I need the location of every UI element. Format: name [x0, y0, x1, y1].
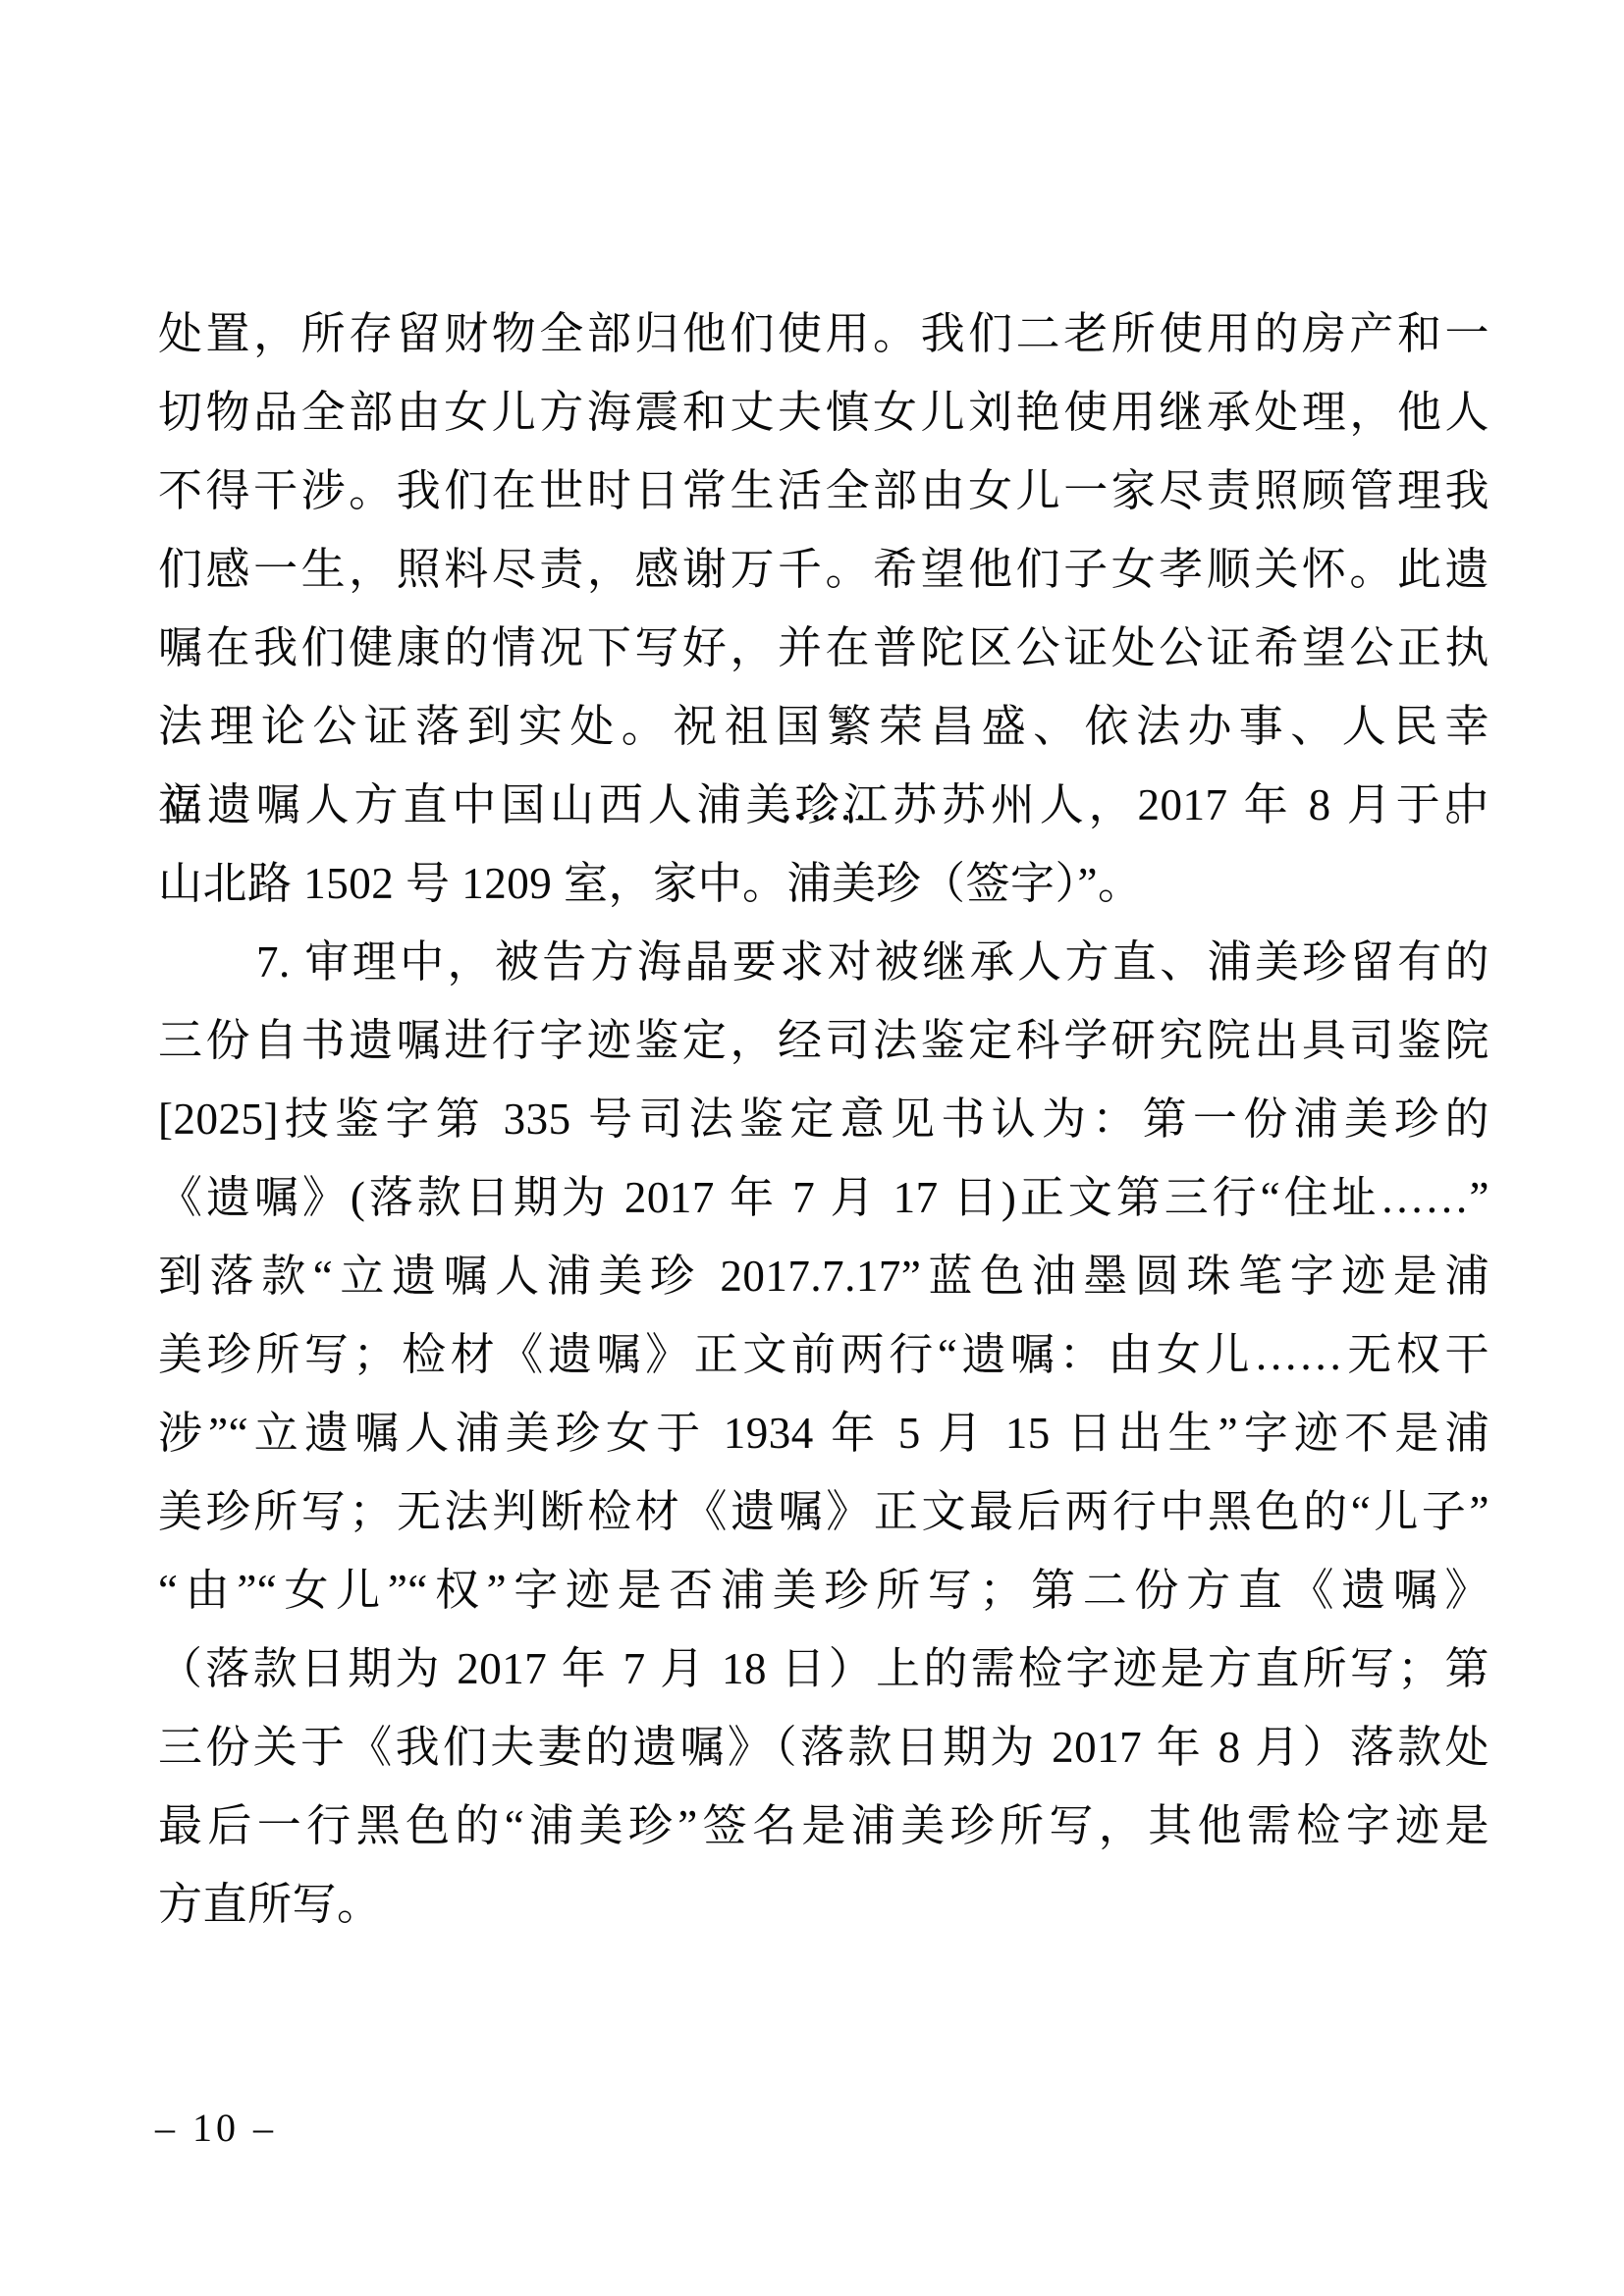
- text-line: 最后一行黑色的“浦美珍”签名是浦美珍所写，其他需检字迹是: [158, 1787, 1489, 1865]
- document-page: 处置，所存留财物全部归他们使用。我们二老所使用的房产和一切物品全部由女儿方海震和…: [0, 0, 1624, 2296]
- text-line: 不得干涉。我们在世时日常生活全部由女儿一家尽责照顾管理我: [158, 452, 1489, 530]
- text-line: 处置，所存留财物全部归他们使用。我们二老所使用的房产和一: [158, 294, 1489, 373]
- page-number: – 10 –: [155, 2099, 277, 2158]
- text-line: 到落款“立遗嘱人浦美珍 2017.7.17”蓝色油墨圆珠笔字迹是浦: [158, 1237, 1489, 1315]
- text-line: 法理论公证落到实处。祝祖国繁荣昌盛、依法办事、人民幸福……。: [158, 687, 1489, 766]
- text-line: 美珍所写；检材《遗嘱》正文前两行“遗嘱：由女儿……无权干: [158, 1315, 1489, 1394]
- text-line: “由”“女儿”“权”字迹是否浦美珍所写；第二份方直《遗嘱》: [158, 1551, 1489, 1629]
- text-line: 《遗嘱》(落款日期为 2017 年 7 月 17 日)正文第三行“住址……”: [158, 1158, 1489, 1237]
- text-line: 7. 审理中，被告方海晶要求对被继承人方直、浦美珍留有的: [158, 923, 1489, 1001]
- text-line: 立遗嘱人方直中国山西人浦美珍江苏苏州人，2017 年 8 月于中: [158, 766, 1489, 844]
- text-line: 方直所写。: [158, 1865, 1489, 1944]
- text-line: 们感一生，照料尽责，感谢万千。希望他们子女孝顺关怀。此遗: [158, 530, 1489, 609]
- text-line: 山北路 1502 号 1209 室，家中。浦美珍（签字）”。: [158, 844, 1489, 923]
- text-line: （落款日期为 2017 年 7 月 18 日）上的需检字迹是方直所写；第: [158, 1629, 1489, 1708]
- document-body: 处置，所存留财物全部归他们使用。我们二老所使用的房产和一切物品全部由女儿方海震和…: [158, 294, 1489, 1944]
- text-line: 三份关于《我们夫妻的遗嘱》（落款日期为 2017 年 8 月）落款处: [158, 1708, 1489, 1787]
- text-line: 涉”“立遗嘱人浦美珍女于 1934 年 5 月 15 日出生”字迹不是浦: [158, 1394, 1489, 1472]
- text-line: [2025]技鉴字第 335 号司法鉴定意见书认为：第一份浦美珍的: [158, 1080, 1489, 1158]
- text-line: 嘱在我们健康的情况下写好，并在普陀区公证处公证希望公正执: [158, 609, 1489, 687]
- text-line: 三份自书遗嘱进行字迹鉴定，经司法鉴定科学研究院出具司鉴院: [158, 1001, 1489, 1080]
- text-line: 美珍所写；无法判断检材《遗嘱》正文最后两行中黑色的“儿子”: [158, 1472, 1489, 1551]
- text-line: 切物品全部由女儿方海震和丈夫慎女儿刘艳使用继承处理，他人: [158, 373, 1489, 452]
